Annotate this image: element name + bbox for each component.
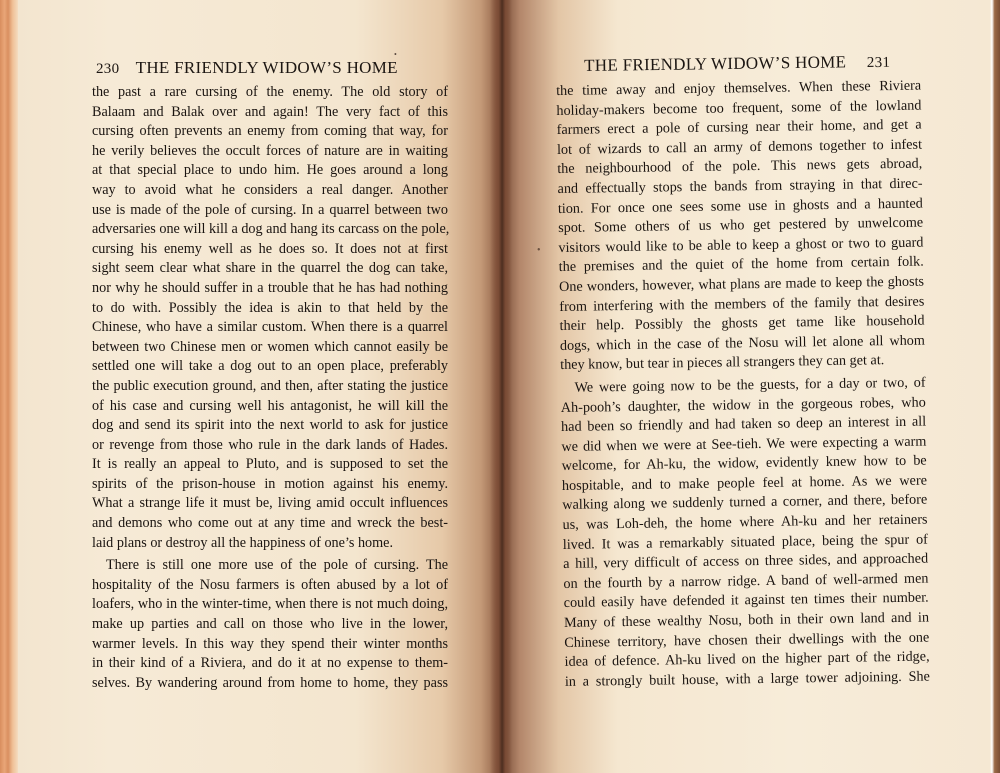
text-line: between two Chinese men or women which c…	[92, 338, 448, 358]
text-line: way to avoid what he considers a real da…	[92, 181, 448, 201]
text-line: What a strange life it must be, living a…	[92, 494, 448, 514]
text-line: dog and send its spirit into the next wo…	[92, 416, 448, 436]
text-line: laid plans or destroy all the happiness …	[92, 534, 448, 554]
text-line: hospitality of the Nosu farmers is often…	[92, 576, 448, 596]
text-line: selves. By wandering around from home to…	[92, 674, 448, 694]
text-line: Balaam and Balak over and again! The ver…	[92, 103, 448, 123]
text-line: adversaries one will kill a dog and hang…	[92, 220, 448, 240]
text-line: Chinese, who have a similar custom. When…	[92, 318, 448, 338]
text-line: the past a rare cursing of the enemy. Th…	[92, 83, 448, 103]
right-running-title: THE FRIENDLY WIDOW’S HOME	[584, 52, 846, 75]
right-page-number: 231	[867, 55, 891, 71]
left-page-number: 230	[96, 61, 119, 77]
text-line: cursing often prevents an enemy from com…	[92, 122, 448, 142]
text-line: settled one will take a dog out to an op…	[92, 357, 448, 377]
text-line: in their kind of a Riviera, and do it at…	[92, 654, 448, 674]
text-line: loafers, who in the winter-time, when th…	[92, 595, 448, 615]
left-running-title: THE FRIENDLY WIDOW’S HOME	[136, 58, 398, 77]
text-line: use is made of the pole of cursing. In a…	[92, 201, 448, 221]
page-edge-left	[0, 0, 18, 773]
text-line: spirits of the prison-house in motion ag…	[92, 475, 448, 495]
text-line: of his case and cursing well his antagon…	[92, 397, 448, 417]
margin-mark: •	[537, 245, 541, 256]
text-line: to do with. Possibly the idea is akin to…	[92, 299, 448, 319]
left-page-body: the past a rare cursing of the enemy. Th…	[92, 83, 448, 693]
text-line: warmer levels. In this way they spend th…	[92, 635, 448, 655]
text-line: There is still one more use of the pole …	[92, 556, 448, 576]
text-line: or revenge from those who rule in the da…	[92, 436, 448, 456]
right-running-header: THE FRIENDLY WIDOW’S HOME 231	[584, 52, 890, 76]
text-line: the public execution ground, and then, a…	[92, 377, 448, 397]
text-line: sight seem clear what share in the quarr…	[92, 259, 448, 279]
text-line: and demons who come out at any time and …	[92, 514, 448, 534]
page-edge-right	[990, 0, 1000, 773]
text-line: make up parties and call on those who li…	[92, 615, 448, 635]
right-page-body: the time away and enjoy themselves. When…	[556, 77, 930, 693]
text-line: It is really an appeal to Pluto, and is …	[92, 455, 448, 475]
text-line: cursing his enemy well as he does so. It…	[92, 240, 448, 260]
book-spread: • 230 THE FRIENDLY WIDOW’S HOME the past…	[0, 0, 1000, 773]
book-gutter	[490, 0, 512, 773]
text-line: he verily believes the occult forces of …	[92, 142, 448, 162]
text-line: at that special place to undo him. He go…	[92, 161, 448, 181]
left-running-header: 230 THE FRIENDLY WIDOW’S HOME	[96, 58, 398, 78]
text-line: nor why he should suffer in a trouble th…	[92, 279, 448, 299]
